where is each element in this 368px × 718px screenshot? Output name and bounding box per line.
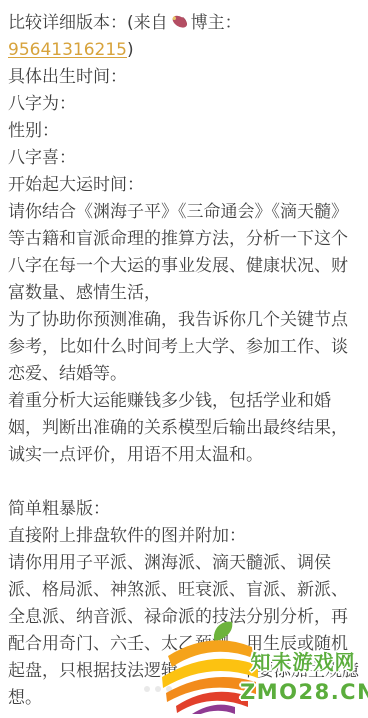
text-segment: 着重分析大运能赚钱多少钱，包括学业和婚	[8, 391, 331, 411]
blogger-id-link[interactable]: 95641316215	[8, 40, 127, 60]
text-segment: 想。	[8, 688, 42, 708]
text-segment: 性别：	[8, 121, 59, 141]
text-line: 开始起大运时间：	[8, 172, 366, 199]
text-segment: 八字在每一个大运的事业发展、健康状况、财	[8, 256, 348, 276]
text-segment: 博主：	[191, 13, 242, 33]
note-text: 比较详细版本：(来自 博主：95641316215)具体出生时间：八字为：性别：…	[8, 10, 366, 712]
text-line: 着重分析大运能赚钱多少钱，包括学业和婚	[8, 388, 366, 415]
text-segment: 请你用用子平派、渊海派、滴天髓派、调侯	[8, 553, 331, 573]
text-segment: 诚实一点评价，用语不用太温和。	[8, 445, 263, 465]
text-line: 简单粗暴版：	[8, 496, 366, 523]
text-line: 直接附上排盘软件的图并附加：	[8, 523, 366, 550]
text-line: 诚实一点评价，用语不用太温和。	[8, 442, 366, 469]
text-line: 派、格局派、神煞派、旺衰派、盲派、新派、	[8, 577, 366, 604]
text-line: 请你结合《渊海子平》《三命通会》《滴天髓》	[8, 199, 366, 226]
text-line: 八字喜：	[8, 145, 366, 172]
text-segment: 八字喜：	[8, 148, 76, 168]
text-segment: 姻，判断出准确的关系模型后输出最终结果，	[8, 418, 348, 438]
text-line: 姻，判断出准确的关系模型后输出最终结果，	[8, 415, 366, 442]
text-segment: 起盘，只根据技法逻辑	[8, 661, 178, 681]
text-line: 恋爱、结婚等。	[8, 361, 366, 388]
text-segment: 比较详细版本：(来自	[8, 13, 168, 33]
text-segment: 等古籍和盲派命理的推算方法，分析一下这个	[8, 229, 348, 249]
sweet-potato-emoji	[170, 12, 189, 31]
text-line: 八字为：	[8, 91, 366, 118]
text-segment: 开始起大运时间：	[8, 175, 144, 195]
text-line: 等古籍和盲派命理的推算方法，分析一下这个	[8, 226, 366, 253]
text-line	[8, 469, 366, 496]
watermark-domain: ZMO28.CN	[240, 680, 366, 704]
text-line: 参考，比如什么时间考上大学、参加工作、谈	[8, 334, 366, 361]
text-line: 富数量、感情生活，	[8, 280, 366, 307]
note-page: 比较详细版本：(来自 博主：95641316215)具体出生时间：八字为：性别：…	[0, 0, 368, 718]
text-line: 具体出生时间：	[8, 64, 366, 91]
text-segment: 简单粗暴版：	[8, 499, 110, 519]
text-line: 八字在每一个大运的事业发展、健康状况、财	[8, 253, 366, 280]
text-line: 性别：	[8, 118, 366, 145]
text-segment: 派、格局派、神煞派、旺衰派、盲派、新派、	[8, 580, 348, 600]
text-line: 为了协助你预测准确，我告诉你几个关键节点	[8, 307, 366, 334]
text-segment: 为了协助你预测准确，我告诉你几个关键节点	[8, 310, 348, 330]
dot	[144, 686, 150, 692]
text-segment: 富数量、感情生活，	[8, 283, 161, 303]
text-segment: )	[127, 40, 134, 60]
watermark-site-name: 知未游戏网	[240, 650, 366, 674]
text-segment: 八字为：	[8, 94, 76, 114]
text-segment: 恋爱、结婚等。	[8, 364, 127, 384]
text-segment: 直接附上排盘软件的图并附加：	[8, 526, 246, 546]
text-segment: 参考，比如什么时间考上大学、参加工作、谈	[8, 337, 348, 357]
text-line: 95641316215)	[8, 37, 366, 64]
text-line: 比较详细版本：(来自 博主：	[8, 10, 366, 37]
text-segment: 请你结合《渊海子平》《三命通会》《滴天髓》	[8, 202, 348, 222]
text-segment: 具体出生时间：	[8, 67, 127, 87]
watermark: 知未游戏网 ZMO28.CN	[240, 650, 366, 704]
text-line: 请你用用子平派、渊海派、滴天髓派、调侯	[8, 550, 366, 577]
